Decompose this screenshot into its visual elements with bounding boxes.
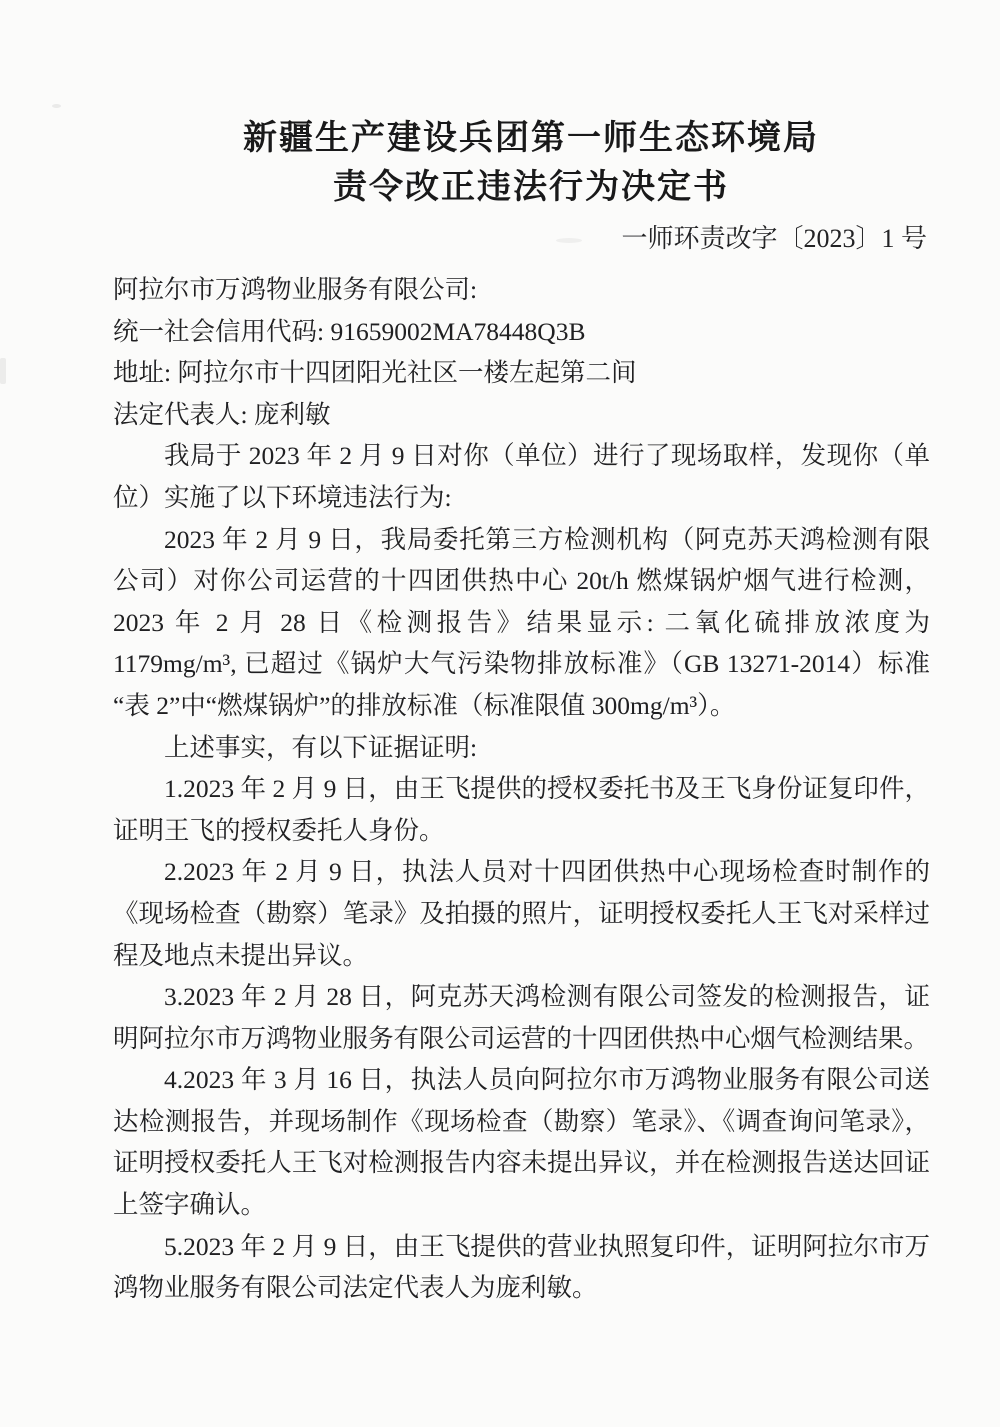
document-number: 一师环责改字〔2023〕1 号 [0,221,1000,257]
scan-artifact [268,838,275,842]
paragraph-evidence-3: 3.2023 年 2 月 28 日，阿克苏天鸿检测有限公司签发的检测报告，证明阿… [113,976,930,1059]
legal-representative-line: 法定代表人: 庞利敏 [113,394,930,436]
document-title-block: 新疆生产建设兵团第一师生态环境局 责令改正违法行为决定书 [0,0,1000,212]
scan-artifact [52,104,61,108]
paragraph-evidence-2: 2.2023 年 2 月 9 日，执法人员对十四团供热中心现场检查时制作的《现场… [113,851,930,976]
paragraph-violation-finding: 2023 年 2 月 9 日，我局委托第三方检测机构（阿克苏天鸿检测有限公司）对… [113,519,930,727]
paragraph-evidence-5: 5.2023 年 2 月 9 日，由王飞提供的营业执照复印件，证明阿拉尔市万鸿物… [113,1226,930,1309]
document-title-line2: 责令改正违法行为决定书 [100,163,962,212]
paragraph-evidence-1: 1.2023 年 2 月 9 日，由王飞提供的授权委托书及王飞身份证复印件，证明… [113,768,930,851]
recipient-line: 阿拉尔市万鸿物业服务有限公司: [113,269,930,311]
paragraph-evidence-4: 4.2023 年 3 月 16 日，执法人员向阿拉尔市万鸿物业服务有限公司送达检… [113,1059,930,1225]
address-line: 地址: 阿拉尔市十四团阳光社区一楼左起第二间 [113,352,930,394]
document-title-line1: 新疆生产建设兵团第一师生态环境局 [100,114,962,163]
paragraph-sampling-intro: 我局于 2023 年 2 月 9 日对你（单位）进行了现场取样，发现你（单位）实… [113,435,930,518]
scanned-document-page: 新疆生产建设兵团第一师生态环境局 责令改正违法行为决定书 一师环责改字〔2023… [0,0,1000,1427]
scan-artifact [556,238,582,243]
paragraph-evidence-intro: 上述事实，有以下证据证明: [113,727,930,769]
document-body: 阿拉尔市万鸿物业服务有限公司: 统一社会信用代码: 91659002MA7844… [113,269,930,1309]
scan-artifact [0,358,6,384]
credit-code-line: 统一社会信用代码: 91659002MA78448Q3B [113,311,930,353]
